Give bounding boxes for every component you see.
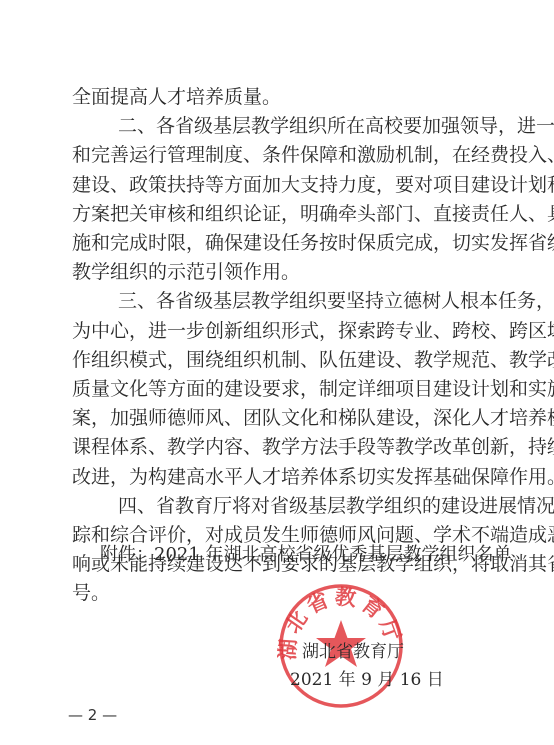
body-line: 施和完成时限，确保建设任务按时保质完成，切实发挥省级基层 <box>72 232 492 254</box>
body-line: 三、各省级基层教学组织要坚持立德树人根本任务，以学生 <box>118 290 492 312</box>
body-line: 方案把关审核和组织论证，明确牵头部门、直接责任人、具体措 <box>72 203 492 225</box>
body-line: 为中心，进一步创新组织形式，探索跨专业、跨校、跨区域等合 <box>72 320 492 342</box>
signature-org: 湖北省教育厅 <box>302 642 404 662</box>
document-page: 全面提高人才培养质量。二、各省级基层教学组织所在高校要加强领导，进一步健全和完善… <box>0 0 554 745</box>
body-line: 改进，为构建高水平人才培养体系切实发挥基础保障作用。 <box>72 466 492 488</box>
body-line: 建设、政策扶持等方面加大支持力度，要对项目建设计划和实施 <box>72 174 492 196</box>
page-number: — 2 — <box>68 706 117 724</box>
body-line: 四、省教育厅将对省级基层教学组织的建设进展情况进行跟 <box>118 495 492 517</box>
attachment-line: 附件：2021 年湖北高校省级优秀基层教学组织名单 <box>100 544 512 566</box>
body-line: 和完善运行管理制度、条件保障和激励机制，在经费投入、师资 <box>72 144 492 166</box>
body-line: 课程体系、教学内容、教学方法手段等教学改革创新，持续完善 <box>72 436 492 458</box>
body-line: 质量文化等方面的建设要求，制定详细项目建设计划和实施方 <box>72 378 492 400</box>
body-line: 案，加强师德师风、团队文化和梯队建设，深化人才培养模式、 <box>72 407 492 429</box>
body-line: 踪和综合评价，对成员发生师德师风问题、学术不端造成恶劣影 <box>72 524 492 546</box>
signature-date: 2021 年 9 月 16 日 <box>290 670 444 690</box>
body-line: 教学组织的示范引领作用。 <box>72 261 492 283</box>
body-line: 二、各省级基层教学组织所在高校要加强领导，进一步健全 <box>118 115 492 137</box>
body-line: 作组织模式，围绕组织机制、队伍建设、教学规范、教学改革、 <box>72 349 492 371</box>
body-line: 全面提高人才培养质量。 <box>72 86 492 108</box>
